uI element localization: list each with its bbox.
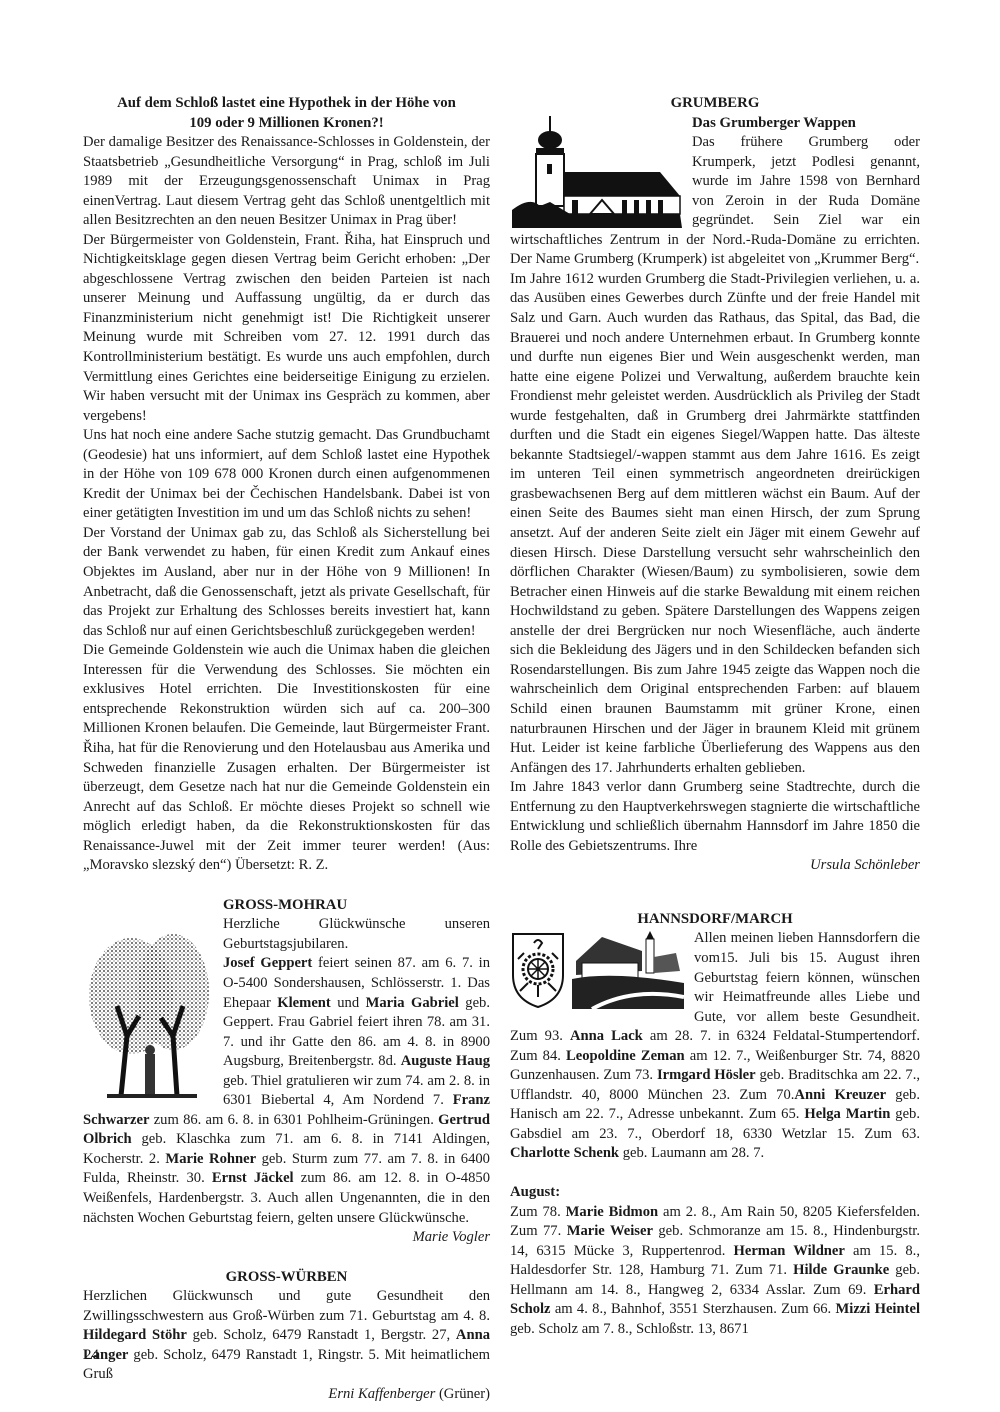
page-number: 24 (84, 1347, 99, 1364)
tree-illustration-icon (87, 926, 211, 1104)
church-illustration-icon (510, 110, 682, 228)
left-column: Auf dem Schloß lastet eine Hypothek in d… (83, 94, 490, 1404)
person-name: Hilde Graunke (793, 1262, 889, 1278)
article-headline: Auf dem Schloß lastet eine Hypothek in d… (83, 94, 490, 133)
article-paragraph: Der damalige Besitzer des Renaissance-Sc… (83, 133, 490, 231)
section-hannsdorf: HANNSDORF/MARCH Allen meinen lie (510, 910, 920, 1339)
section-title: GROSS-WÜRBEN (83, 1268, 490, 1288)
signature: Marie Vogler (83, 1228, 490, 1248)
castle-illustration-icon (572, 931, 684, 1009)
section-images (510, 931, 684, 1009)
coat-of-arms-icon (510, 931, 566, 1009)
person-name: Marie Weiser (567, 1223, 653, 1239)
person-name: Marie Rohner (165, 1151, 256, 1167)
august-heading: August: (510, 1183, 920, 1203)
section-gross-mohrau: GROSS-MOHRAU Herzliche Glückwünsche unse… (83, 896, 490, 1248)
section-gross-wuerben: GROSS-WÜRBEN Herzlichen Glückwunsch und … (83, 1268, 490, 1405)
signature: Erni Kaffenberger (Grüner) (83, 1385, 490, 1405)
article-paragraph: Der Bürgermeister von Goldenstein, Frant… (83, 231, 490, 426)
article-paragraph: Uns hat noch eine andere Sache stutzig g… (83, 426, 490, 524)
person-name: Helga Martin (804, 1106, 890, 1122)
person-name: Anna Lack (570, 1028, 643, 1044)
person-name: Klement (277, 995, 331, 1011)
person-name: Mizzi Heintel (835, 1301, 920, 1317)
signature: Ursula Schönleber (510, 856, 920, 876)
person-name: Herman Wildner (734, 1243, 845, 1259)
article-paragraph: Im Jahre 1843 verlor dann Grumberg seine… (510, 778, 920, 856)
section-title: GROSS-MOHRAU (83, 896, 490, 916)
person-name: Hildegard Stöhr (83, 1327, 187, 1343)
person-name: Leopoldine Zeman (566, 1048, 685, 1064)
birthday-list: Herzlichen Glückwunsch und gute Gesundhe… (83, 1287, 490, 1385)
right-column: GRUMBERG Das Grumberger Wappen Das frühe… (510, 94, 920, 1339)
person-name: Maria Gabriel (366, 995, 459, 1011)
article-paragraph: Im Jahre 1612 wurden Grumberg die Stadt-… (510, 270, 920, 778)
section-grumberg: GRUMBERG Das Grumberger Wappen Das frühe… (510, 94, 920, 876)
birthday-list-august: Zum 78. Marie Bidmon am 2. 8., Am Rain 5… (510, 1203, 920, 1340)
person-name: Josef Geppert (223, 955, 312, 971)
person-name: Marie Bidmon (566, 1204, 658, 1220)
person-name: Ernst Jäckel (212, 1170, 294, 1186)
person-name: Irmgard Hösler (657, 1067, 756, 1083)
person-name: Anni Kreuzer (794, 1087, 886, 1103)
person-name: Auguste Haug (401, 1053, 490, 1069)
person-name: Charlotte Schenk (510, 1145, 619, 1161)
article-paragraph: Der Vorstand der Unimax gab zu, das Schl… (83, 524, 490, 641)
section-title: HANNSDORF/MARCH (510, 910, 920, 930)
article-paragraph: Die Gemeinde Goldenstein wie auch die Un… (83, 641, 490, 876)
